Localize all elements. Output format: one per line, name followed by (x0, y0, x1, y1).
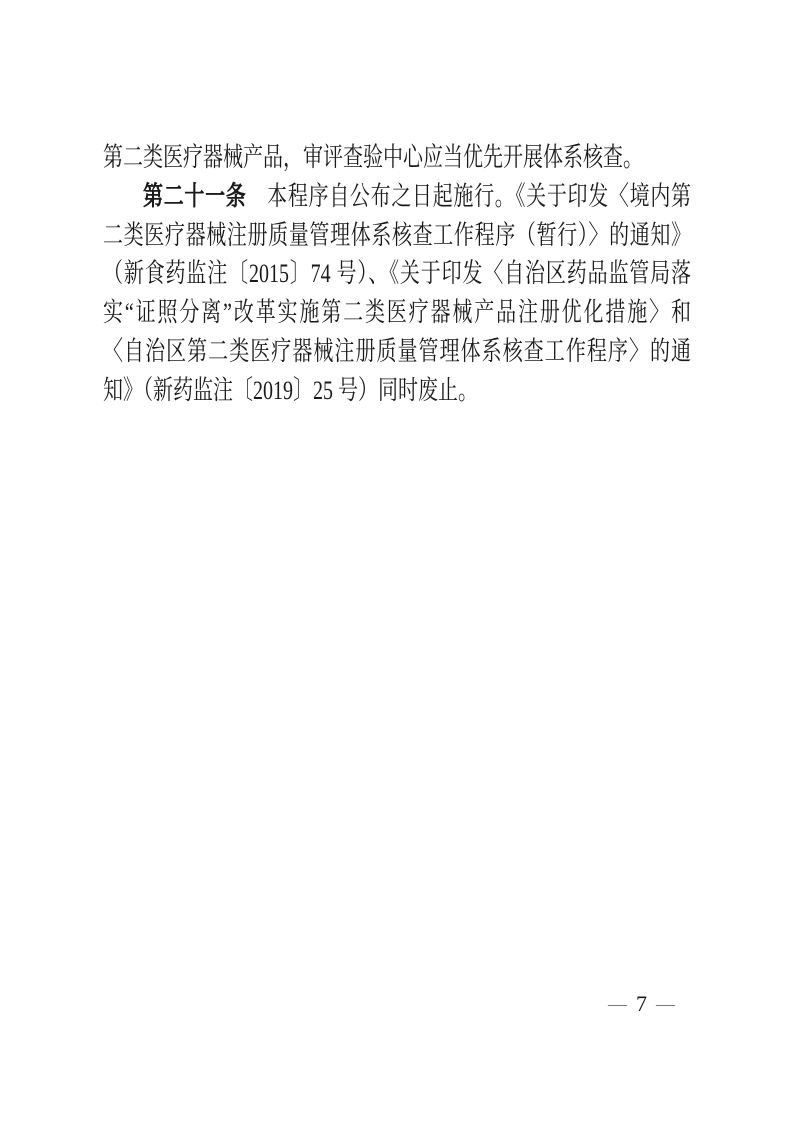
document-body: 第二类医疗器械产品，审评查验中心应当优先开展体系核查。 第二十一条 本程序自公布… (103, 139, 691, 411)
page-number-dash-right: — (656, 994, 675, 1015)
page-number-value: 7 (636, 991, 647, 1016)
page-number-dash-left: — (608, 994, 627, 1015)
article-number-heading: 第二十一条 (143, 182, 246, 211)
document-page: 第二类医疗器械产品，审评查验中心应当优先开展体系核查。 第二十一条 本程序自公布… (0, 0, 793, 1122)
page-number: —7— (608, 991, 675, 1018)
article-body-text: 本程序自公布之日起施行。《关于印发〈境内第 (246, 182, 691, 211)
body-line-last: 知》（新药监注〔2019〕25 号）同时废止。 (103, 365, 691, 417)
